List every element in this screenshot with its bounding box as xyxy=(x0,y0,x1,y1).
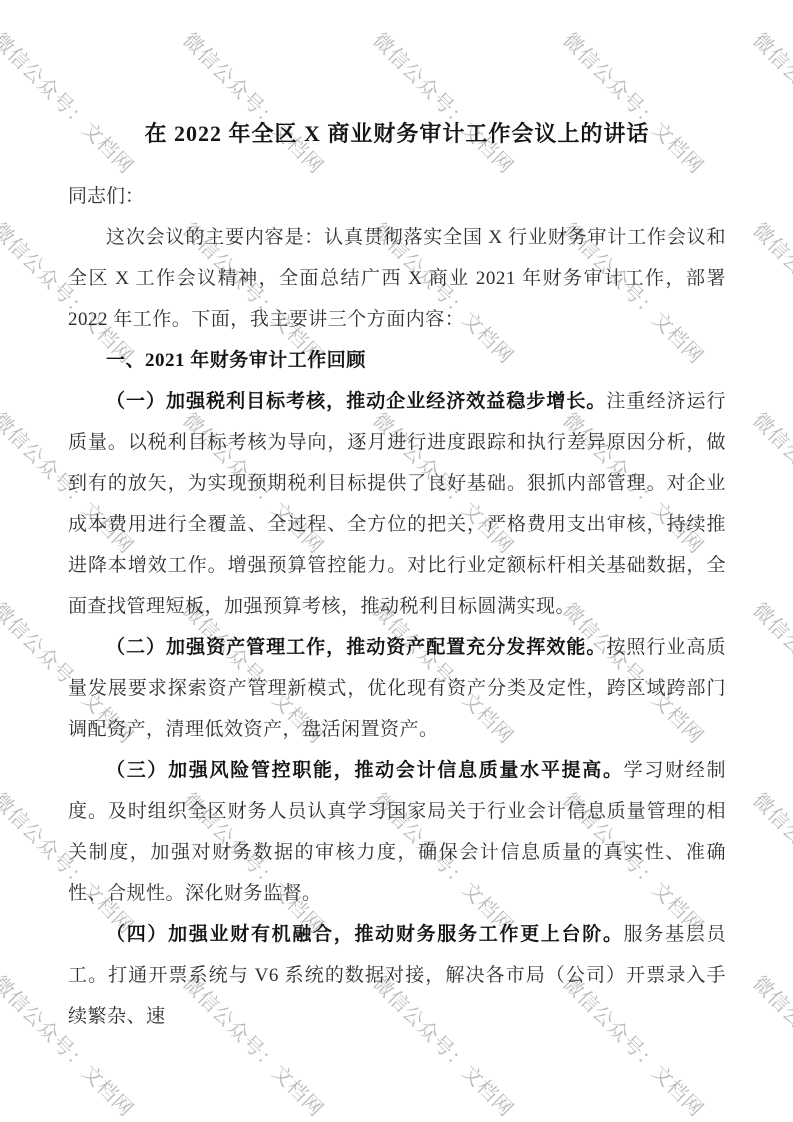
paragraph-lead: （二）加强资产管理工作，推动资产配置充分发挥效能。 xyxy=(106,637,606,658)
paragraph-lead: （一）加强税利目标考核，推动企业经济效益稳步增长。 xyxy=(106,391,606,412)
watermark-text: 微信公众号：文档网 xyxy=(747,595,793,749)
paragraph-intro: 这次会议的主要内容是：认真贯彻落实全国 X 行业财务审计工作会议和全区 X 工作… xyxy=(68,217,726,340)
section-heading-1: 一、2021 年财务审计工作回顾 xyxy=(68,340,726,381)
paragraph-item-3: （三）加强风险管控职能，推动会计信息质量水平提高。学习财经制度。及时组织全区财务… xyxy=(68,750,726,914)
document-page: 微信公众号：文档网微信公众号：文档网微信公众号：文档网微信公众号：文档网微信公众… xyxy=(0,0,793,1122)
salutation: 同志们： xyxy=(68,176,726,217)
document-title: 在 2022 年全区 X 商业财务审计工作会议上的讲话 xyxy=(68,116,726,152)
paragraph-lead: （三）加强风险管控职能，推动会计信息质量水平提高。 xyxy=(106,760,624,781)
paragraph-item-1: （一）加强税利目标考核，推动企业经济效益稳步增长。注重经济运行质量。以税利目标考… xyxy=(68,381,726,627)
paragraph-text: 注重经济运行质量。以税利目标考核为导向，逐月进行进度跟踪和执行差异原因分析，做到… xyxy=(68,391,726,617)
paragraph-item-4: （四）加强业财有机融合，推动财务服务工作更上台阶。服务基层员工。打通开票系统与 … xyxy=(68,914,726,1037)
watermark-text: 微信公众号：文档网 xyxy=(747,968,793,1122)
watermark-text: 微信公众号：文档网 xyxy=(747,785,793,939)
paragraph-text: 学习财经制度。及时组织全区财务人员认真学习国家局关于行业会计信息质量管理的相关制… xyxy=(68,760,726,904)
paragraph-lead: （四）加强业财有机融合，推动财务服务工作更上台阶。 xyxy=(106,924,624,945)
document-content: 在 2022 年全区 X 商业财务审计工作会议上的讲话 同志们： 这次会议的主要… xyxy=(68,0,726,1037)
paragraph-item-2: （二）加强资产管理工作，推动资产配置充分发挥效能。按照行业高质量发展要求探索资产… xyxy=(68,627,726,750)
watermark-text: 微信公众号：文档网 xyxy=(747,25,793,179)
watermark-text: 微信公众号：文档网 xyxy=(747,215,793,369)
watermark-text: 微信公众号：文档网 xyxy=(747,405,793,559)
